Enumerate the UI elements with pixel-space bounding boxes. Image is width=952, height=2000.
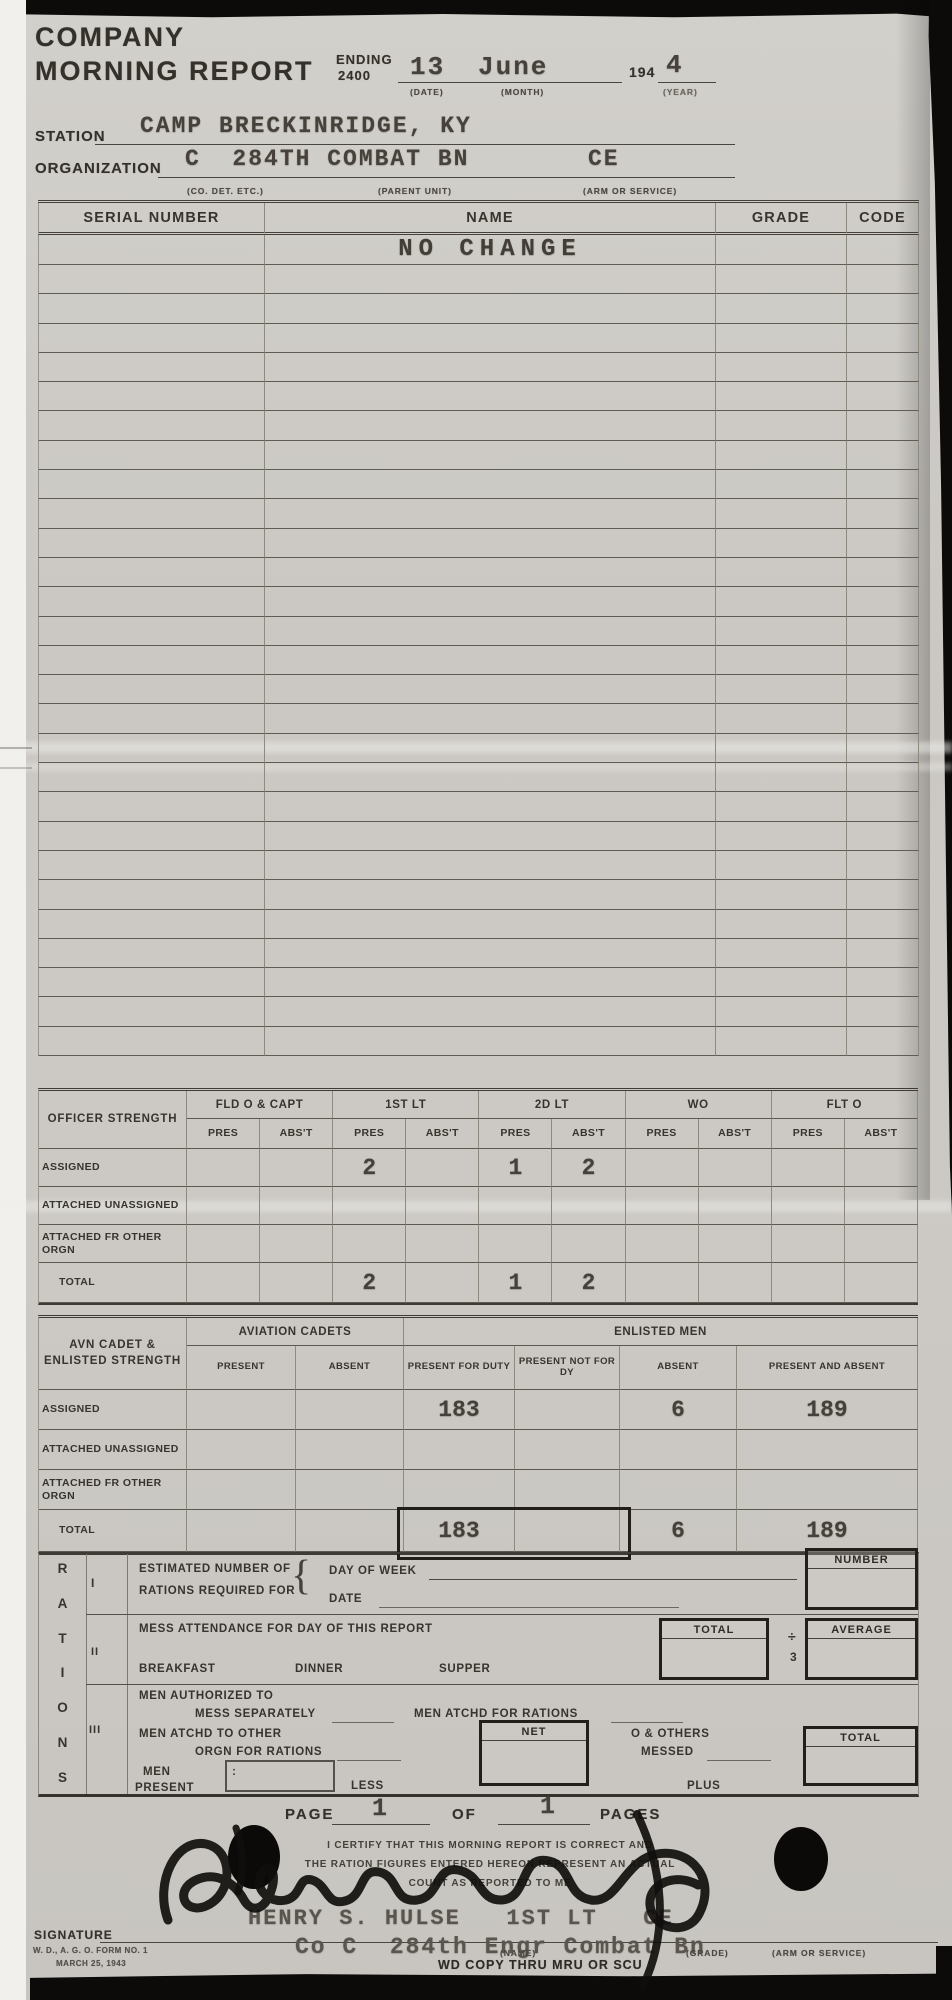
officer-value-cell bbox=[626, 1187, 699, 1225]
orgn-rations-underline bbox=[337, 1742, 401, 1761]
org-parent-caption: (PARENT UNIT) bbox=[378, 186, 452, 196]
enlisted-value-cell: 189 bbox=[737, 1510, 918, 1552]
year-caption: (YEAR) bbox=[663, 87, 698, 97]
enlisted-group-0: AVIATION CADETS bbox=[187, 1318, 404, 1346]
officer-subheader-3: ABS'T bbox=[406, 1119, 479, 1149]
roster-empty-cell bbox=[265, 822, 716, 851]
enlisted-value-cell bbox=[515, 1470, 620, 1510]
organization-underline bbox=[158, 155, 735, 178]
net-box: NET bbox=[479, 1720, 589, 1786]
roster-empty-cell bbox=[716, 910, 847, 939]
roster-empty-cell bbox=[38, 265, 265, 294]
roster-empty-cell bbox=[265, 324, 716, 353]
roster-empty-cell bbox=[847, 411, 919, 440]
roster-empty-cell bbox=[38, 880, 265, 909]
roster-empty-cell bbox=[265, 1027, 716, 1056]
enlisted-subheader-0: PRESENT bbox=[187, 1346, 296, 1390]
roster-empty-cell bbox=[847, 910, 919, 939]
day-of-week-underline bbox=[429, 1561, 797, 1580]
enlisted-value-cell bbox=[296, 1470, 404, 1510]
roster-empty-cell bbox=[38, 997, 265, 1026]
form-number-line1: W. D., A. G. O. FORM NO. 1 bbox=[33, 1946, 148, 1955]
officer-value-cell bbox=[552, 1187, 625, 1225]
rations-letter: A bbox=[58, 1596, 68, 1611]
enlisted-value-cell: 189 bbox=[737, 1390, 918, 1430]
rations-letter: T bbox=[58, 1631, 66, 1646]
roster-empty-cell bbox=[716, 880, 847, 909]
roster-empty-cell bbox=[716, 968, 847, 997]
form-number-line2: MARCH 25, 1943 bbox=[56, 1959, 126, 1968]
roster-empty-cell bbox=[265, 265, 716, 294]
rations-numeral-3: III bbox=[89, 1724, 101, 1736]
roster-empty-cell bbox=[847, 734, 919, 763]
officer-value-cell bbox=[772, 1187, 845, 1225]
officer-value-cell: 2 bbox=[333, 1149, 406, 1187]
officer-value-cell bbox=[333, 1225, 406, 1263]
officer-group-4: FLT O bbox=[772, 1091, 918, 1119]
officer-subheader-2: PRES bbox=[333, 1119, 406, 1149]
mess-separately-label: MESS SEPARATELY bbox=[195, 1708, 316, 1720]
roster-empty-cell bbox=[716, 851, 847, 880]
officer-value-cell bbox=[260, 1225, 333, 1263]
roster-empty-cell bbox=[265, 734, 716, 763]
rations-side-label: RATIONS bbox=[39, 1554, 86, 1794]
enlisted-value-cell: 183 bbox=[404, 1390, 515, 1430]
men-authorized-label: MEN AUTHORIZED TO bbox=[139, 1690, 274, 1702]
roster-empty-cell bbox=[716, 558, 847, 587]
roster-empty-cell bbox=[38, 353, 265, 382]
enlisted-value-cell bbox=[187, 1430, 296, 1470]
roster-empty-cell bbox=[265, 997, 716, 1026]
rations-letter: N bbox=[58, 1735, 68, 1750]
officer-value-cell bbox=[626, 1149, 699, 1187]
rations-row-divider bbox=[86, 1614, 918, 1615]
enlisted-value-cell: 6 bbox=[620, 1390, 737, 1430]
officer-value-cell bbox=[406, 1149, 479, 1187]
roster-empty-cell bbox=[716, 265, 847, 294]
officer-value-cell bbox=[845, 1225, 918, 1263]
orgn-for-rations-label: ORGN FOR RATIONS bbox=[195, 1746, 322, 1758]
men-label: MEN bbox=[143, 1766, 171, 1778]
enlisted-value-cell bbox=[187, 1470, 296, 1510]
enlisted-subheader-4: ABSENT bbox=[620, 1346, 737, 1390]
org-co-caption: (CO. DET. ETC.) bbox=[187, 186, 264, 196]
enlisted-value-cell bbox=[620, 1470, 737, 1510]
scan-fold-line bbox=[0, 767, 32, 769]
enlisted-value-cell bbox=[620, 1430, 737, 1470]
officer-value-cell bbox=[772, 1263, 845, 1303]
roster-empty-cell bbox=[716, 734, 847, 763]
roster-empty-cell bbox=[847, 265, 919, 294]
enlisted-value-cell bbox=[187, 1510, 296, 1552]
roster-empty-cell bbox=[38, 441, 265, 470]
enlisted-value-cell bbox=[187, 1390, 296, 1430]
officer-value-cell bbox=[187, 1263, 260, 1303]
roster-empty-cell bbox=[847, 470, 919, 499]
dinner-label: DINNER bbox=[295, 1663, 343, 1675]
morning-report-scan: COMPANY MORNING REPORT ENDING 2400 13 Ju… bbox=[0, 0, 952, 2000]
rations-est-line2: RATIONS REQUIRED FOR bbox=[139, 1585, 295, 1597]
enlisted-value-cell bbox=[737, 1470, 918, 1510]
roster-empty-cell bbox=[716, 294, 847, 323]
roster-empty-cell bbox=[265, 441, 716, 470]
roster-empty-cell bbox=[38, 1027, 265, 1056]
roster-empty-cell bbox=[38, 587, 265, 616]
roster-header-3: CODE bbox=[847, 203, 919, 235]
roster-empty-cell bbox=[847, 792, 919, 821]
enlisted-row-label: ASSIGNED bbox=[39, 1390, 187, 1430]
roster-empty-cell bbox=[265, 499, 716, 528]
roster-empty-cell bbox=[38, 851, 265, 880]
station-underline bbox=[95, 122, 735, 145]
roster-empty-cell bbox=[265, 939, 716, 968]
officer-value-cell: 2 bbox=[333, 1263, 406, 1303]
roster-empty-cell bbox=[716, 617, 847, 646]
roster-empty-cell bbox=[847, 529, 919, 558]
roster-empty-cell bbox=[38, 822, 265, 851]
officer-subheader-6: PRES bbox=[626, 1119, 699, 1149]
roster-empty-cell bbox=[847, 558, 919, 587]
roster-empty-cell bbox=[847, 880, 919, 909]
divide-by-three: 3 bbox=[790, 1650, 797, 1664]
enlisted-value-cell bbox=[296, 1390, 404, 1430]
roster-empty-cell bbox=[265, 675, 716, 704]
roster-entry-cell bbox=[38, 235, 265, 265]
mess-separately-underline bbox=[332, 1704, 394, 1723]
officer-subheader-5: ABS'T bbox=[552, 1119, 625, 1149]
officer-value-cell bbox=[187, 1149, 260, 1187]
rations-divider bbox=[127, 1554, 128, 1794]
roster-entry-cell bbox=[716, 235, 847, 265]
enlisted-corner-label: AVN CADET & ENLISTED STRENGTH bbox=[39, 1318, 187, 1390]
roster-empty-cell bbox=[38, 558, 265, 587]
officer-value-cell bbox=[260, 1187, 333, 1225]
roster-empty-cell bbox=[38, 411, 265, 440]
rations-total-box: TOTAL bbox=[803, 1726, 918, 1786]
enlisted-row-label: TOTAL bbox=[39, 1510, 187, 1552]
rations-est-line1: ESTIMATED NUMBER OF bbox=[139, 1563, 291, 1575]
officer-subheader-4: PRES bbox=[479, 1119, 552, 1149]
officer-subheader-8: PRES bbox=[772, 1119, 845, 1149]
roster-empty-cell bbox=[847, 939, 919, 968]
roster-header-0: SERIAL NUMBER bbox=[38, 203, 265, 235]
roster-empty-cell bbox=[38, 968, 265, 997]
officer-value-cell bbox=[626, 1225, 699, 1263]
officer-value-cell bbox=[699, 1225, 772, 1263]
box-tick-marks: : bbox=[227, 1764, 236, 1778]
ration-date-label: DATE bbox=[329, 1593, 362, 1605]
officer-value-cell bbox=[479, 1225, 552, 1263]
rations-letter: O bbox=[57, 1700, 68, 1715]
scan-top-bar bbox=[26, 0, 952, 18]
roster-empty-cell bbox=[265, 880, 716, 909]
roster-empty-cell bbox=[38, 617, 265, 646]
ration-date-underline bbox=[379, 1589, 679, 1608]
roster-empty-cell bbox=[38, 704, 265, 733]
form-title-line1: COMPANY bbox=[35, 22, 185, 53]
enlisted-subheader-5: PRESENT AND ABSENT bbox=[737, 1346, 918, 1390]
enlisted-value-cell bbox=[296, 1430, 404, 1470]
o-and-others-label: O & OTHERS bbox=[631, 1728, 710, 1740]
enlisted-value-cell bbox=[404, 1430, 515, 1470]
roster-empty-cell bbox=[716, 763, 847, 792]
roster-empty-cell bbox=[847, 617, 919, 646]
officer-row-label: ATTACHED FR OTHER ORGN bbox=[39, 1225, 187, 1263]
roster-empty-cell bbox=[716, 470, 847, 499]
roster-empty-cell bbox=[265, 382, 716, 411]
roster-empty-cell bbox=[38, 646, 265, 675]
average-box: AVERAGE bbox=[805, 1618, 918, 1680]
officer-value-cell bbox=[333, 1187, 406, 1225]
officer-value-cell: 2 bbox=[552, 1149, 625, 1187]
officer-value-cell bbox=[552, 1225, 625, 1263]
roster-empty-cell bbox=[265, 558, 716, 587]
enlisted-subheader-1: ABSENT bbox=[296, 1346, 404, 1390]
roster-empty-cell bbox=[265, 646, 716, 675]
roster-empty-cell bbox=[265, 910, 716, 939]
roster-empty-cell bbox=[716, 411, 847, 440]
officer-subheader-9: ABS'T bbox=[845, 1119, 918, 1149]
officer-subheader-1: ABS'T bbox=[260, 1119, 333, 1149]
enlisted-value-cell bbox=[404, 1470, 515, 1510]
mess-total-label: TOTAL bbox=[662, 1621, 766, 1639]
roster-empty-cell bbox=[847, 968, 919, 997]
rations-section: RATIONS I ESTIMATED NUMBER OF RATIONS RE… bbox=[38, 1552, 919, 1797]
no-change-entry: NO CHANGE bbox=[398, 236, 582, 263]
roster-table: SERIAL NUMBERNAMEGRADECODENO CHANGE bbox=[38, 200, 919, 1056]
form-title-line2: MORNING REPORT bbox=[35, 56, 314, 87]
roster-empty-cell bbox=[716, 324, 847, 353]
enlisted-value-cell bbox=[515, 1390, 620, 1430]
roster-empty-cell bbox=[847, 822, 919, 851]
year-underline bbox=[658, 60, 716, 83]
officer-value-cell: 1 bbox=[479, 1263, 552, 1303]
roster-empty-cell bbox=[716, 382, 847, 411]
roster-entry-cell bbox=[847, 235, 919, 265]
roster-empty-cell bbox=[38, 324, 265, 353]
ending-value-label: 2400 bbox=[338, 68, 371, 83]
officer-value-cell bbox=[479, 1187, 552, 1225]
roster-empty-cell bbox=[38, 734, 265, 763]
net-box-label: NET bbox=[482, 1723, 586, 1741]
roster-empty-cell bbox=[847, 704, 919, 733]
officer-value-cell bbox=[845, 1263, 918, 1303]
roster-empty-cell bbox=[265, 411, 716, 440]
officer-value-cell bbox=[187, 1187, 260, 1225]
ending-label: ENDING bbox=[336, 52, 393, 67]
org-arm-caption: (ARM OR SERVICE) bbox=[583, 186, 677, 196]
roster-empty-cell bbox=[38, 939, 265, 968]
roster-empty-cell bbox=[847, 763, 919, 792]
roster-empty-cell bbox=[716, 353, 847, 382]
roster-empty-cell bbox=[265, 587, 716, 616]
enlisted-strength-table: AVN CADET & ENLISTED STRENGTHAVIATION CA… bbox=[38, 1315, 918, 1555]
roster-empty-cell bbox=[265, 704, 716, 733]
officer-value-cell: 2 bbox=[552, 1263, 625, 1303]
roster-empty-cell bbox=[847, 499, 919, 528]
officer-row-label: TOTAL bbox=[39, 1263, 187, 1303]
officer-value-cell bbox=[260, 1263, 333, 1303]
mess-total-box: TOTAL bbox=[659, 1618, 769, 1680]
roster-header-2: GRADE bbox=[716, 203, 847, 235]
rations-numeral-2: II bbox=[91, 1646, 99, 1658]
breakfast-label: BREAKFAST bbox=[139, 1663, 216, 1675]
roster-empty-cell bbox=[265, 617, 716, 646]
roster-empty-cell bbox=[38, 792, 265, 821]
officer-value-cell bbox=[845, 1149, 918, 1187]
officer-corner-label: OFFICER STRENGTH bbox=[39, 1091, 187, 1149]
roster-empty-cell bbox=[265, 294, 716, 323]
enlisted-group-1: ENLISTED MEN bbox=[404, 1318, 918, 1346]
enlisted-subheader-2: PRESENT FOR DUTY bbox=[404, 1346, 515, 1390]
roster-empty-cell bbox=[847, 294, 919, 323]
roster-empty-cell bbox=[38, 763, 265, 792]
officer-value-cell bbox=[699, 1263, 772, 1303]
rations-row-divider bbox=[86, 1684, 918, 1685]
enlisted-row-label: ATTACHED FR OTHER ORGN bbox=[39, 1470, 187, 1510]
roster-empty-cell bbox=[716, 704, 847, 733]
officer-value-cell bbox=[406, 1263, 479, 1303]
officer-group-3: WO bbox=[626, 1091, 772, 1119]
roster-empty-cell bbox=[716, 529, 847, 558]
roster-empty-cell bbox=[716, 499, 847, 528]
officer-group-2: 2D LT bbox=[479, 1091, 625, 1119]
enlisted-subheader-3: PRESENT NOT FOR DY bbox=[515, 1346, 620, 1390]
roster-empty-cell bbox=[716, 792, 847, 821]
officer-value-cell bbox=[626, 1263, 699, 1303]
number-box-label: NUMBER bbox=[808, 1551, 915, 1569]
officer-subheader-7: ABS'T bbox=[699, 1119, 772, 1149]
roster-empty-cell bbox=[265, 968, 716, 997]
officer-value-cell bbox=[699, 1187, 772, 1225]
officer-value-cell bbox=[772, 1149, 845, 1187]
officer-value-cell bbox=[406, 1187, 479, 1225]
roster-empty-cell bbox=[38, 910, 265, 939]
supper-label: SUPPER bbox=[439, 1663, 491, 1675]
men-atchd-other-label: MEN ATCHD TO OTHER bbox=[139, 1728, 282, 1740]
roster-empty-cell bbox=[38, 529, 265, 558]
messed-label: MESSED bbox=[641, 1746, 694, 1758]
roster-empty-cell bbox=[716, 939, 847, 968]
date-underline bbox=[398, 60, 622, 83]
roster-empty-cell bbox=[265, 353, 716, 382]
roster-empty-cell bbox=[265, 763, 716, 792]
officer-subheader-0: PRES bbox=[187, 1119, 260, 1149]
officer-group-1: 1ST LT bbox=[333, 1091, 479, 1119]
roster-empty-cell bbox=[847, 1027, 919, 1056]
roster-empty-cell bbox=[38, 675, 265, 704]
roster-empty-cell bbox=[38, 382, 265, 411]
enlisted-value-cell: 6 bbox=[620, 1510, 737, 1552]
roster-empty-cell bbox=[847, 997, 919, 1026]
average-box-label: AVERAGE bbox=[808, 1621, 915, 1639]
number-box: NUMBER bbox=[805, 1548, 918, 1610]
scan-left-margin bbox=[0, 0, 26, 2000]
roster-empty-cell bbox=[38, 294, 265, 323]
scan-fold-line bbox=[0, 747, 32, 749]
officer-value-cell bbox=[772, 1225, 845, 1263]
officer-strength-table: OFFICER STRENGTHFLD O & CAPT1ST LT2D LTW… bbox=[38, 1088, 918, 1305]
officer-value-cell bbox=[187, 1225, 260, 1263]
officer-group-0: FLD O & CAPT bbox=[187, 1091, 333, 1119]
roster-empty-cell bbox=[38, 470, 265, 499]
roster-empty-cell bbox=[716, 1027, 847, 1056]
mess-attendance-label: MESS ATTENDANCE FOR DAY OF THIS REPORT bbox=[139, 1623, 433, 1635]
roster-empty-cell bbox=[38, 499, 265, 528]
men-atchd-rations-label: MEN ATCHD FOR RATIONS bbox=[414, 1708, 578, 1720]
roster-empty-cell bbox=[716, 675, 847, 704]
officer-row-label: ASSIGNED bbox=[39, 1149, 187, 1187]
brace-glyph: { bbox=[291, 1552, 312, 1600]
roster-empty-cell bbox=[847, 675, 919, 704]
officer-row-label: ATTACHED UNASSIGNED bbox=[39, 1187, 187, 1225]
enlisted-value-cell bbox=[515, 1430, 620, 1470]
roster-header-1: NAME bbox=[265, 203, 716, 235]
officer-value-cell bbox=[845, 1187, 918, 1225]
roster-empty-cell bbox=[847, 382, 919, 411]
rations-letter: I bbox=[61, 1665, 65, 1680]
enlisted-row-label: ATTACHED UNASSIGNED bbox=[39, 1430, 187, 1470]
roster-empty-cell bbox=[265, 792, 716, 821]
officer-value-cell: 1 bbox=[479, 1149, 552, 1187]
roster-empty-cell bbox=[265, 470, 716, 499]
officer-value-cell bbox=[406, 1225, 479, 1263]
divide-sign: ÷ bbox=[788, 1628, 796, 1644]
roster-entry-cell: NO CHANGE bbox=[265, 235, 716, 265]
roster-empty-cell bbox=[847, 587, 919, 616]
roster-empty-cell bbox=[847, 851, 919, 880]
roster-empty-cell bbox=[716, 441, 847, 470]
year-prefix: 194 bbox=[629, 64, 655, 80]
handwritten-signature bbox=[140, 1788, 800, 1995]
roster-empty-cell bbox=[847, 353, 919, 382]
month-caption: (MONTH) bbox=[501, 87, 544, 97]
roster-empty-cell bbox=[847, 646, 919, 675]
officer-value-cell bbox=[699, 1149, 772, 1187]
roster-empty-cell bbox=[265, 529, 716, 558]
date-caption: (DATE) bbox=[410, 87, 444, 97]
men-atchd-underline bbox=[611, 1704, 683, 1723]
enlisted-value-cell bbox=[296, 1510, 404, 1552]
rations-numeral-1: I bbox=[91, 1576, 95, 1590]
roster-empty-cell bbox=[265, 851, 716, 880]
roster-empty-cell bbox=[847, 324, 919, 353]
roster-empty-cell bbox=[716, 997, 847, 1026]
rations-total-label: TOTAL bbox=[806, 1729, 915, 1747]
rations-letter: S bbox=[58, 1770, 67, 1785]
rations-divider bbox=[86, 1554, 87, 1794]
organization-label: ORGANIZATION bbox=[35, 160, 162, 177]
roster-empty-cell bbox=[716, 646, 847, 675]
roster-empty-cell bbox=[847, 441, 919, 470]
rations-letter: R bbox=[58, 1561, 68, 1576]
roster-empty-cell bbox=[716, 822, 847, 851]
messed-underline bbox=[707, 1742, 771, 1761]
officer-value-cell bbox=[260, 1149, 333, 1187]
roster-empty-cell bbox=[716, 587, 847, 616]
enlisted-value-cell bbox=[737, 1430, 918, 1470]
scan-corner-blob bbox=[936, 1946, 952, 1974]
day-of-week-label: DAY OF WEEK bbox=[329, 1565, 417, 1577]
